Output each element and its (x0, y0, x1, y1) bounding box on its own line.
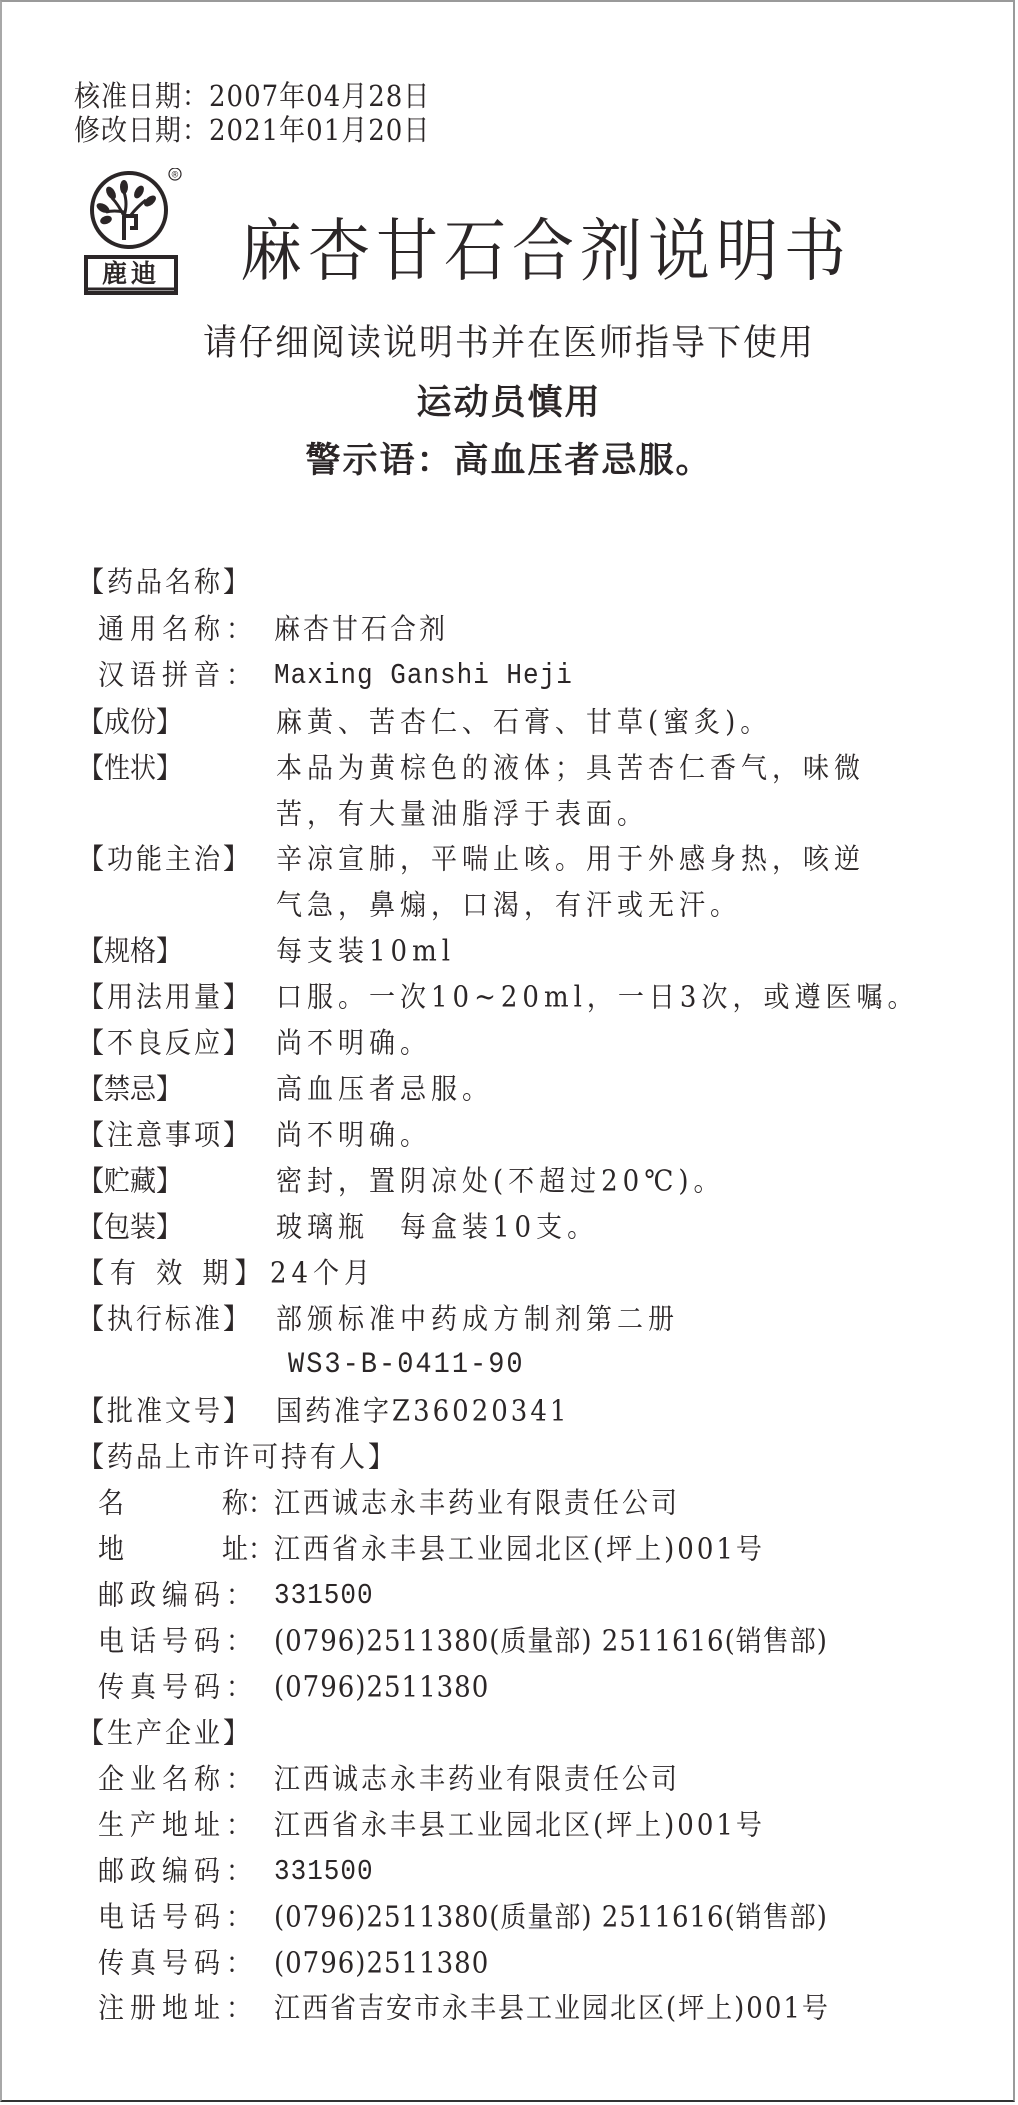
section-heading: 【生产企业】 (78, 1717, 252, 1750)
field-label: 【注意事项】 (78, 1119, 252, 1152)
section-heading: 【药品名称】 (78, 566, 252, 599)
adverse-reactions-value: 尚不明确。 (276, 1027, 431, 1060)
standard-row: 【执行标准】 部颁标准中药成方制剂第二册 (0, 1303, 1018, 1349)
indications-row-cont: 气急，鼻煽，口渴，有汗或无汗。 (0, 889, 1018, 935)
mah-address-row: 地址： 江西省永丰县工业园北区(坪上)001号 (0, 1533, 1018, 1579)
manufacturer-phone: (0796)2511380(质量部) 2511616(销售部) (274, 1901, 828, 1934)
field-label: 【用法用量】 (78, 981, 252, 1014)
field-label: 电话号码： (98, 1901, 258, 1934)
athlete-notice: 运动员慎用 (0, 382, 1018, 424)
brand-logo: ® 鹿迪 (84, 168, 194, 296)
shelf-life-value: 24个月 (270, 1257, 375, 1290)
field-label: 传真号码： (98, 1671, 258, 1704)
shelf-life-row: 【有 效 期】 24个月 (0, 1257, 1018, 1303)
indications-value: 辛凉宣肺，平喘止咳。用于外感身热，咳逆 (276, 843, 865, 876)
field-label: 注册地址： (98, 1992, 258, 2025)
mah-phone-row: 电话号码： (0796)2511380(质量部) 2511616(销售部) (0, 1625, 1018, 1671)
mah-phone: (0796)2511380(质量部) 2511616(销售部) (274, 1625, 828, 1658)
indications-row: 【功能主治】 辛凉宣肺，平喘止咳。用于外感身热，咳逆 (0, 843, 1018, 889)
standard-value: 部颁标准中药成方制剂第二册 (276, 1303, 679, 1336)
mah-postcode: 331500 (274, 1579, 374, 1612)
field-label: 【性状】 (78, 752, 274, 785)
packaging-value: 玻璃瓶 每盒装10支。 (276, 1211, 598, 1244)
field-label: 【执行标准】 (78, 1303, 252, 1336)
field-label: 【贮藏】 (78, 1165, 274, 1198)
indications-value-cont: 气急，鼻煽，口渴，有汗或无汗。 (276, 889, 741, 922)
precautions-row: 【注意事项】 尚不明确。 (0, 1119, 1018, 1165)
manufacturer-phone-row: 电话号码： (0796)2511380(质量部) 2511616(销售部) (0, 1901, 1018, 1947)
manufacturer-fax-row: 传真号码： (0796)2511380 (0, 1947, 1018, 1993)
manufacturer-name: 江西诚志永丰药业有限责任公司 (274, 1763, 680, 1796)
field-label: 邮政编码： (98, 1579, 258, 1612)
mah-fax-row: 传真号码： (0796)2511380 (0, 1671, 1018, 1717)
dosage-row: 【用法用量】 口服。一次10~20ml，一日3次，或遵医嘱。 (0, 981, 1018, 1027)
description-value: 本品为黄棕色的液体；具苦杏仁香气，味微 (276, 752, 865, 785)
description-value-cont: 苦，有大量油脂浮于表面。 (276, 798, 648, 831)
ingredients-value: 麻黄、苦杏仁、石膏、甘草(蜜炙)。 (276, 706, 771, 739)
generic-name: 麻杏甘石合剂 (274, 613, 448, 646)
storage-value: 密封，置阴凉处(不超过20℃)。 (276, 1165, 724, 1198)
specification-row: 【规格】 每支装10ml (0, 935, 1018, 981)
pinyin-row: 汉语拼音： Maxing Ganshi Heji (0, 659, 1018, 705)
registered-mark: ® (172, 170, 179, 180)
section-heading: 【药品上市许可持有人】 (78, 1441, 397, 1474)
dosage-value: 口服。一次10~20ml，一日3次，或遵医嘱。 (276, 981, 918, 1014)
specification-value: 每支装10ml (276, 935, 455, 968)
section-drug-name: 【药品名称】 (0, 566, 1018, 612)
contraindications-value: 高血压者忌服。 (276, 1073, 493, 1106)
manufacturer-postcode: 331500 (274, 1855, 374, 1888)
adverse-reactions-row: 【不良反应】 尚不明确。 (0, 1027, 1018, 1073)
field-label: 通用名称： (98, 613, 258, 646)
ingredients-row: 【成份】 麻黄、苦杏仁、石膏、甘草(蜜炙)。 (0, 706, 1018, 752)
approval-number-value: 国药准字Z36020341 (276, 1395, 569, 1428)
field-label: 生产地址： (98, 1809, 258, 1842)
field-label: 邮政编码： (98, 1855, 258, 1888)
field-label: 【禁忌】 (78, 1073, 274, 1106)
mah-name: 江西诚志永丰药业有限责任公司 (274, 1487, 680, 1520)
manufacturer-address: 江西省永丰县工业园北区(坪上)001号 (274, 1809, 765, 1842)
description-row-cont: 苦，有大量油脂浮于表面。 (0, 798, 1018, 844)
mah-name-row: 名称： 江西诚志永丰药业有限责任公司 (0, 1487, 1018, 1533)
mah-postcode-row: 邮政编码： 331500 (0, 1579, 1018, 1625)
standard-code: WS3-B-0411-90 (288, 1349, 525, 1382)
pinyin-name: Maxing Ganshi Heji (274, 659, 573, 692)
field-label: 地址： (98, 1533, 274, 1566)
standard-row-cont: WS3-B-0411-90 (0, 1349, 1018, 1395)
field-label: 电话号码： (98, 1625, 258, 1658)
generic-name-row: 通用名称： 麻杏甘石合剂 (0, 613, 1018, 659)
usage-notice: 请仔细阅读说明书并在医师指导下使用 (0, 322, 1018, 364)
field-label: 【包装】 (78, 1211, 274, 1244)
registered-address-row: 注册地址： 江西省吉安市永丰县工业园北区(坪上)001号 (0, 1992, 1018, 2038)
section-manufacturer: 【生产企业】 (0, 1717, 1018, 1763)
description-row: 【性状】 本品为黄棕色的液体；具苦杏仁香气，味微 (0, 752, 1018, 798)
brand-name: 鹿迪 (90, 260, 172, 288)
manufacturer-fax: (0796)2511380 (274, 1947, 489, 1980)
warning-notice: 警示语：高血压者忌服。 (0, 440, 1018, 482)
field-label: 企业名称： (98, 1763, 258, 1796)
packaging-row: 【包装】 玻璃瓶 每盒装10支。 (0, 1211, 1018, 1257)
field-label: 【不良反应】 (78, 1027, 252, 1060)
field-label: 【功能主治】 (78, 843, 252, 876)
field-label: 名称： (98, 1487, 274, 1520)
manufacturer-name-row: 企业名称： 江西诚志永丰药业有限责任公司 (0, 1763, 1018, 1809)
mah-address: 江西省永丰县工业园北区(坪上)001号 (274, 1533, 765, 1566)
field-label: 【有 效 期】 (78, 1257, 267, 1290)
mah-fax: (0796)2511380 (274, 1671, 489, 1704)
page-title: 麻杏甘石合剂说明书 (240, 212, 852, 291)
field-label: 传真号码： (98, 1947, 258, 1980)
field-label: 【规格】 (78, 935, 274, 968)
field-label: 汉语拼音： (98, 659, 258, 692)
approval-number-row: 【批准文号】 国药准字Z36020341 (0, 1395, 1018, 1441)
precautions-value: 尚不明确。 (276, 1119, 431, 1152)
manufacturer-postcode-row: 邮政编码： 331500 (0, 1855, 1018, 1901)
approval-date: 核准日期：2007年04月28日 (74, 80, 430, 114)
manufacturer-address-row: 生产地址： 江西省永丰县工业园北区(坪上)001号 (0, 1809, 1018, 1855)
storage-row: 【贮藏】 密封，置阴凉处(不超过20℃)。 (0, 1165, 1018, 1211)
section-mah: 【药品上市许可持有人】 (0, 1441, 1018, 1487)
field-label: 【批准文号】 (78, 1395, 252, 1428)
revision-date: 修改日期：2021年01月20日 (74, 114, 430, 148)
field-label: 【成份】 (78, 706, 274, 739)
contraindications-row: 【禁忌】 高血压者忌服。 (0, 1073, 1018, 1119)
registered-address: 江西省吉安市永丰县工业园北区(坪上)001号 (274, 1992, 830, 2025)
